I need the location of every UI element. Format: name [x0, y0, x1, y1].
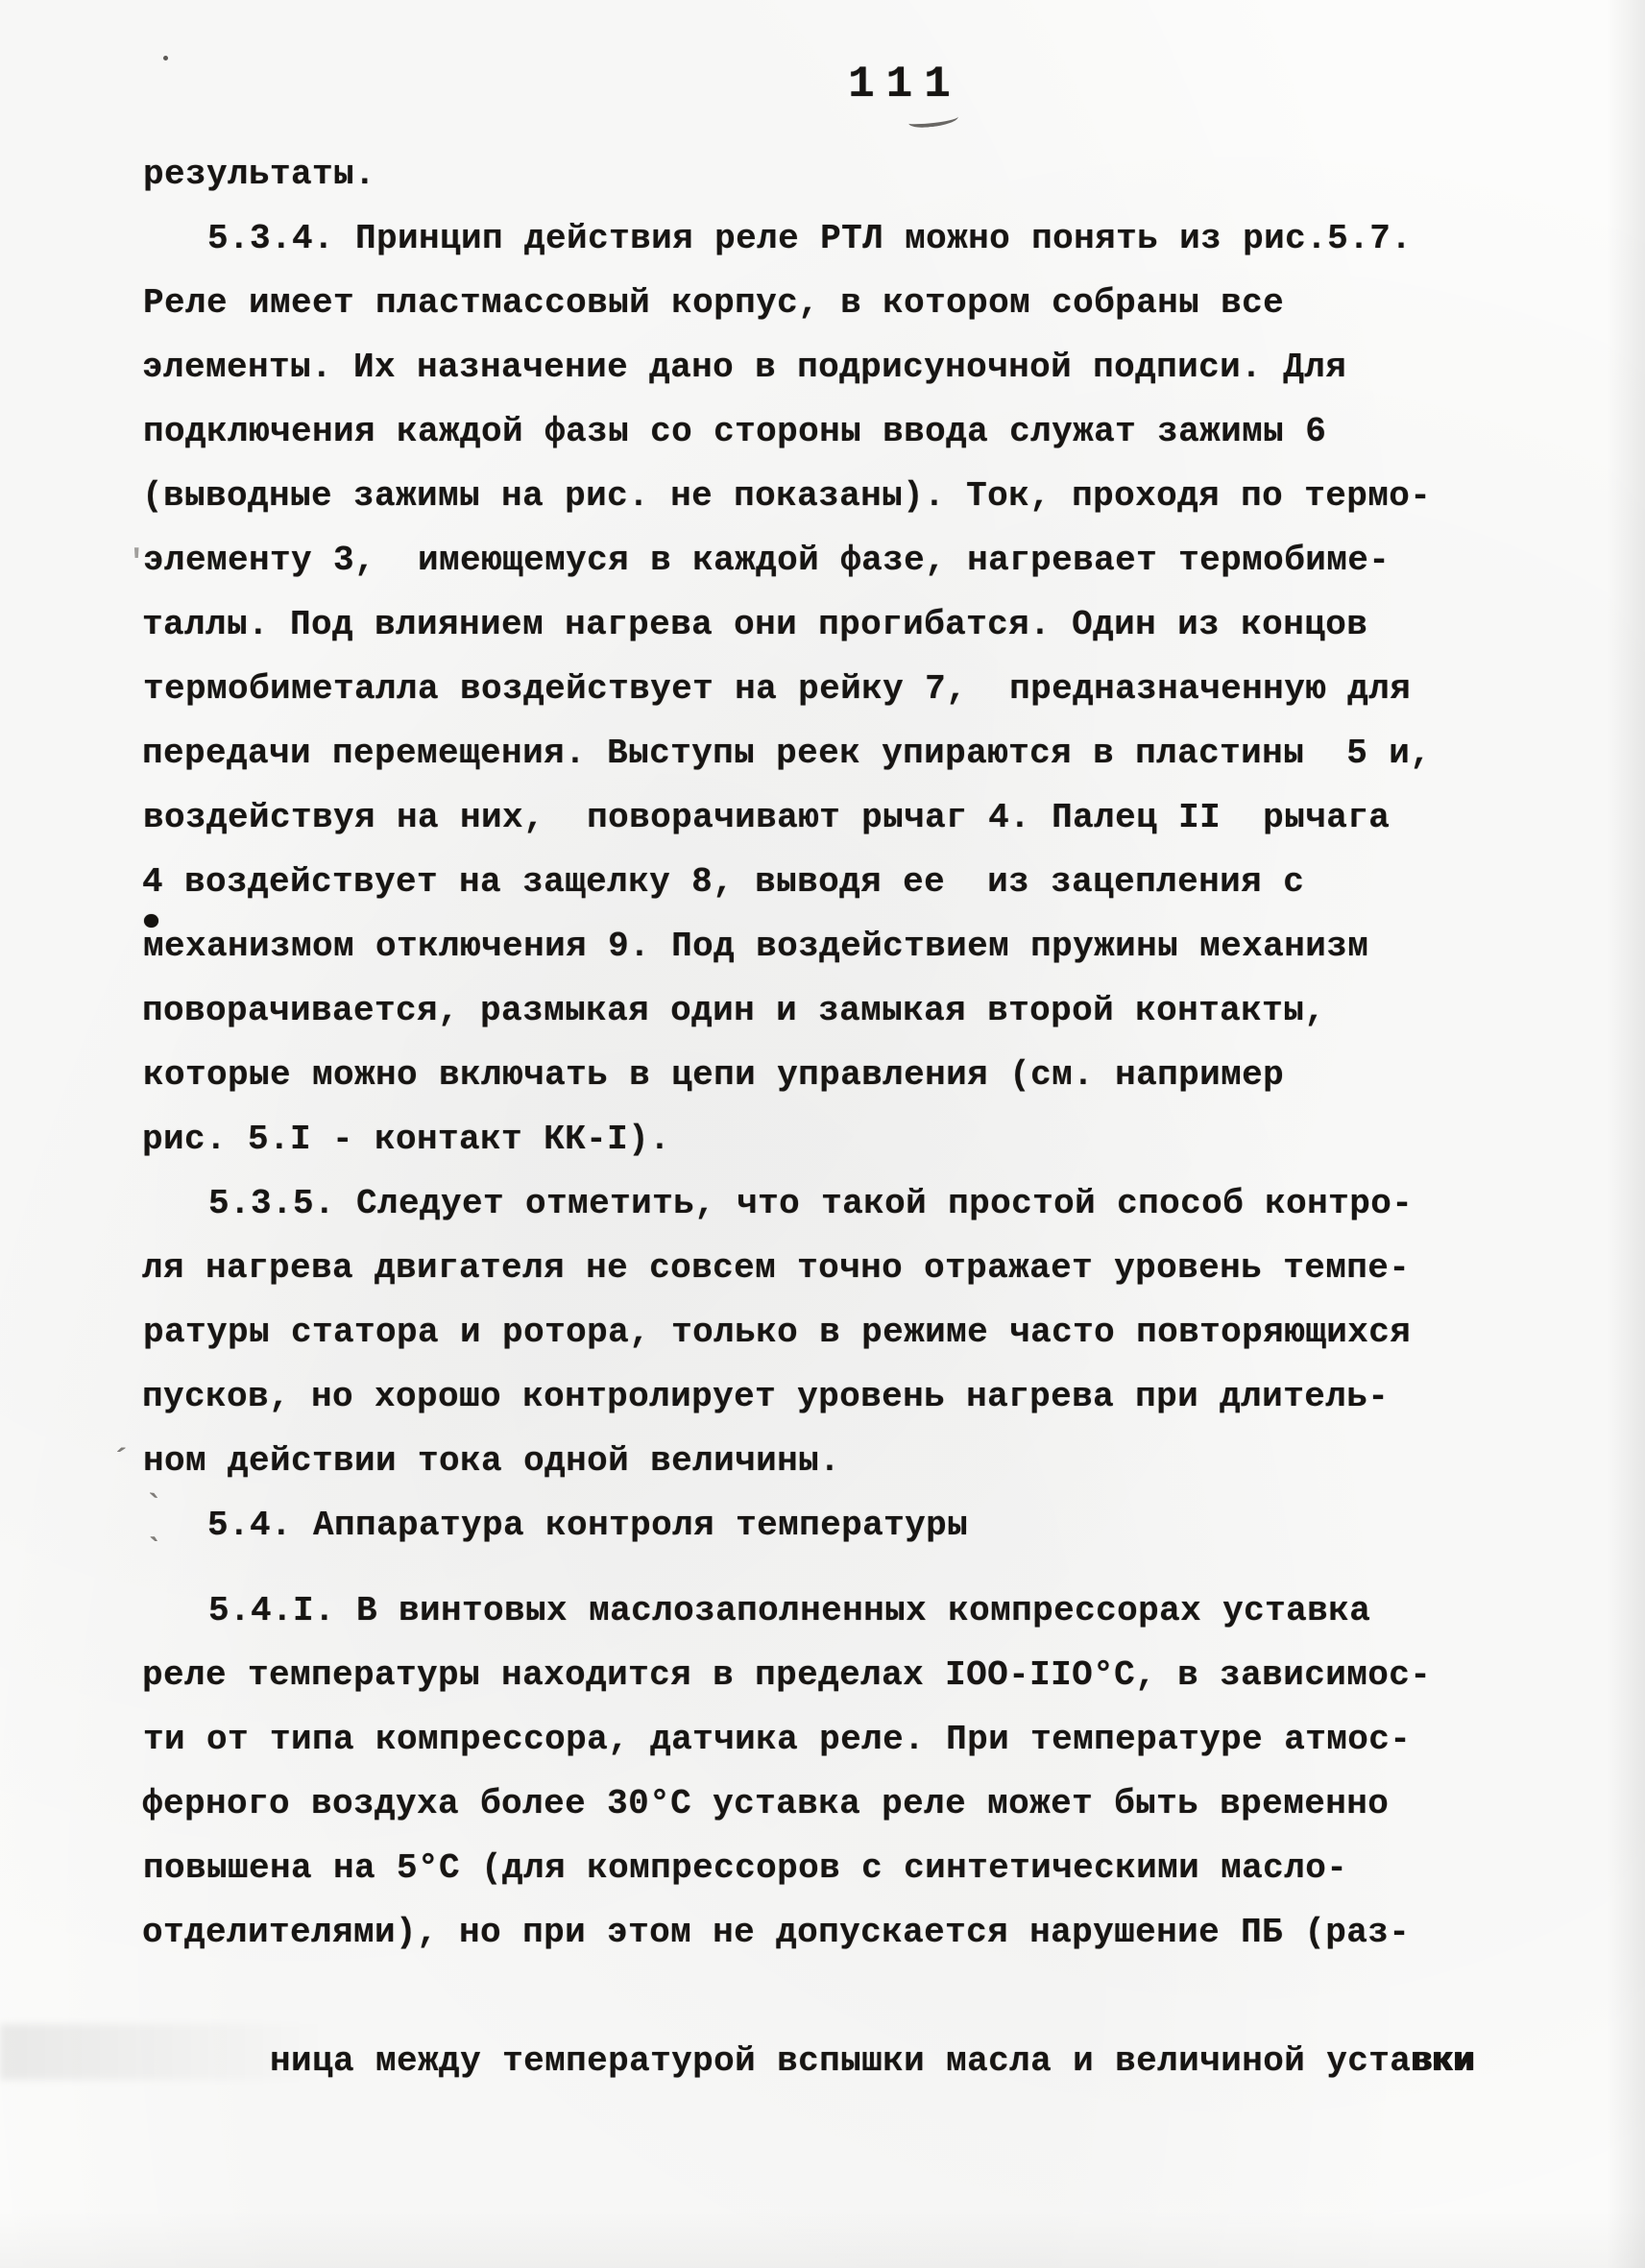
text-line: которые можно включать в цепи управления…: [143, 1043, 1588, 1107]
text-line: 5.3.5. Следует отметить, что такой прост…: [143, 1171, 1588, 1236]
bold-overstrike-text: вки: [1411, 2041, 1474, 2081]
text-line: подключения каждой фазы со стороны ввода…: [143, 399, 1588, 464]
text-line: Реле имеет пластмассовый корпус, в котор…: [143, 271, 1588, 335]
margin-ink-mark: ´: [111, 1445, 131, 1482]
text-line: отделителями), но при этом не допускаетс…: [142, 1900, 1587, 1965]
text-line-segment: ница между температурой вспышки масла и …: [270, 2041, 1411, 2081]
text-line: 4 воздействует на защелку 8, выводя ее и…: [142, 850, 1587, 914]
scanned-document-page: 111 результаты. 5.3.4. Принцип действия …: [0, 0, 1645, 2268]
text-line: элементу 3, имеющемуся в каждой фазе, на…: [143, 528, 1588, 592]
page-number: 111: [83, 60, 1645, 109]
page-number-underline: [907, 111, 958, 129]
text-line: ти от типа компрессора, датчика реле. Пр…: [143, 1707, 1588, 1772]
text-line: таллы. Под влиянием нагрева они прогибат…: [142, 592, 1587, 657]
text-line: элементы. Их назначение дано в подрисуно…: [142, 335, 1587, 399]
text-line: реле температуры находится в пределах IО…: [142, 1643, 1587, 1707]
document-text-block: результаты. 5.3.4. Принцип действия реле…: [142, 142, 1587, 2158]
text-line: ном действии тока одной величины.: [143, 1429, 1588, 1493]
bullet-ink-dot: [144, 914, 158, 928]
text-line: рис. 5.I - контакт КК-I).: [142, 1107, 1587, 1171]
text-line: 5.3.4. Принцип действия реле РТЛ можно п…: [142, 206, 1587, 271]
text-line: результаты.: [143, 142, 1588, 206]
section-heading: 5.4. Аппаратура контроля температуры: [142, 1493, 1587, 1557]
text-line: 5.4.I. В винтовых маслозаполненных компр…: [143, 1579, 1588, 1643]
text-line: воздействуя на них, поворачивают рычаг 4…: [143, 785, 1588, 850]
margin-ink-mark: ˋ: [144, 1534, 163, 1571]
text-line: (выводные зажимы на рис. не показаны). Т…: [142, 464, 1587, 528]
text-line: ферного воздуха более 30°С уставка реле …: [142, 1772, 1587, 1836]
text-line: передачи перемещения. Выступы реек упира…: [142, 721, 1587, 785]
text-line: ля нагрева двигателя не совсем точно отр…: [142, 1236, 1587, 1300]
text-line: термобиметалла воздействует на рейку 7, …: [143, 657, 1588, 721]
text-line: ница между температурой вспышки масла и …: [143, 1965, 1588, 2158]
text-line: пусков, но хорошо контролирует уровень н…: [142, 1364, 1587, 1429]
text-line: поворачивается, размыкая один и замыкая …: [142, 978, 1587, 1043]
text-line: повышена на 5°С (для компрессоров с синт…: [143, 1836, 1588, 1900]
margin-ink-mark: ': [127, 545, 146, 582]
ink-speck: [163, 56, 168, 60]
text-line: механизмом отключения 9. Под воздействие…: [143, 914, 1588, 978]
text-line: ратуры статора и ротора, только в режиме…: [143, 1300, 1588, 1364]
